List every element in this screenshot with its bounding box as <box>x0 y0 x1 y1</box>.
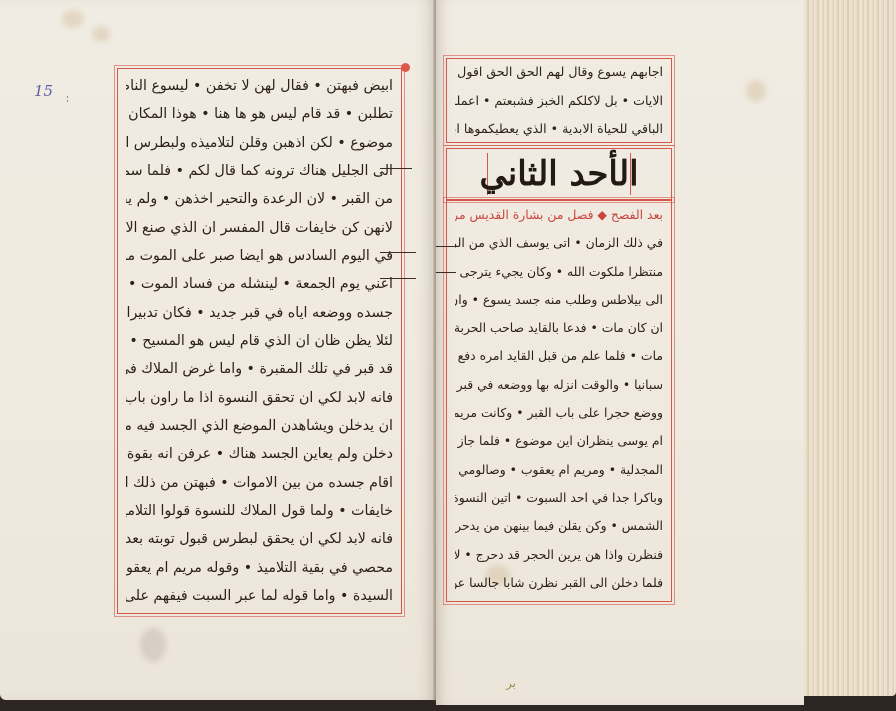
text-line: ابيض فبهتن • فقال لهن لا تخفن • ليسوع ال… <box>126 73 393 99</box>
section-title-box: الأحد الثاني <box>446 148 672 200</box>
text-line: ووضع حجرا على باب القبر • وكانت مريم الم… <box>455 401 663 425</box>
text-line: الشمس • وكن يقلن فيما بينهن من يدحرج لنا… <box>455 514 663 538</box>
right-main-text-lines: بعد الفصح ◆ فصل من بشارة القديس مرقص الا… <box>455 203 663 595</box>
page-edges-fore-edge <box>804 0 896 696</box>
right-top-text-lines: اجابهم يسوع وقال لهم الحق الحق اقول لكم … <box>455 61 663 140</box>
open-manuscript: 15 ·· ابيض فبهتن • فقال لهن لا تخفن • لي… <box>0 0 896 711</box>
text-line: جسده ووضعه اياه في قبر جديد • فكان تدبير… <box>126 300 393 326</box>
text-line: الباقي للحياة الابدية • الذي يعطيكموها ا… <box>455 118 663 140</box>
rubric-heading: بعد الفصح ◆ فصل من بشارة القديس مرقص الا… <box>455 203 663 227</box>
text-line: تطلبن • قد قام ليس هو ها هنا • هوذا المك… <box>126 101 393 127</box>
text-line: اجابهم يسوع وقال لهم الحق الحق اقول لكم … <box>455 61 663 83</box>
catchword: بر <box>506 676 516 690</box>
left-text-block: ابيض فبهتن • فقال لهن لا تخفن • ليسوع ال… <box>117 68 402 614</box>
text-line: قد قبر في تلك المقبرة • واما غرض الملاك … <box>126 356 393 382</box>
text-line: دخلن ولم يعاين الجسد هناك • عرفن انه بقو… <box>126 441 393 467</box>
margin-stroke <box>436 272 456 273</box>
text-line: ام يوسى ينظران اين موضوع • فلما جاز السب… <box>455 429 663 453</box>
text-line: فانه لابد لكي ان يحقق لبطرس قبول توبته ب… <box>126 526 393 552</box>
text-line: موضوع • لكن اذهبن وقلن لتلاميذه ولبطرس ا… <box>126 130 393 156</box>
stain <box>140 628 166 662</box>
section-title: الأحد الثاني <box>447 149 671 199</box>
corner-ornament <box>401 63 410 72</box>
margin-stroke <box>380 278 416 279</box>
text-line: في اليوم السادس هو ايضا صبر على الموت من… <box>126 243 393 269</box>
text-line: في ذلك الزمان • اتى يوسف الذي من الرامة … <box>455 231 663 255</box>
folio-dots: ·· <box>66 96 69 104</box>
left-page: 15 ·· ابيض فبهتن • فقال لهن لا تخفن • لي… <box>0 0 436 700</box>
folio-number: 15 <box>34 82 53 100</box>
text-line: فنظرن واذا هن يرين الحجر قد دحرج • لانه … <box>455 543 663 567</box>
stain <box>62 10 84 28</box>
right-main-text-block: بعد الفصح ◆ فصل من بشارة القديس مرقص الا… <box>446 200 672 602</box>
text-line: فانه لابد لكي ان تحقق النسوة اذا ما راون… <box>126 385 393 411</box>
text-line: فلما دخلن الى القبر نظرن شابا جالسا عن ا… <box>455 571 663 595</box>
text-line: مات • فلما علم من قبل القايد امره دفع ال… <box>455 344 663 368</box>
text-line: لئلا يظن ظان ان الذي قام ليس هو المسيح •… <box>126 328 393 354</box>
text-line: منتظرا ملكوت الله • وكان يجيء يترجى ملكو… <box>455 260 663 284</box>
stain <box>746 80 766 102</box>
text-line: الى بيلاطس وطلب منه جسد يسوع • وان بيلاط… <box>455 288 663 312</box>
text-line: وباكرا جدا في احد السبوت • اتين النسوة ا… <box>455 486 663 510</box>
margin-stroke <box>380 168 412 169</box>
text-line: خايفات • ولما قول الملاك للنسوة قولوا ال… <box>126 498 393 524</box>
left-text-lines: ابيض فبهتن • فقال لهن لا تخفن • ليسوع ال… <box>126 73 393 609</box>
margin-stroke <box>436 246 456 247</box>
text-line: محصي في بقية التلاميذ • وقوله مريم ام يع… <box>126 555 393 581</box>
text-line: المجدلية • ومريم ام يعقوب • وصالومي • عط… <box>455 458 663 482</box>
text-line: ان يدخلن ويشاهدن الموضع الذي الجسد فيه م… <box>126 413 393 439</box>
text-line: لانهن كن خايفات قال المفسر ان الذي صنع ا… <box>126 215 393 241</box>
text-line: سبانيا • والوقت انزله بها ووضعه في قبر م… <box>455 373 663 397</box>
text-line: اقام جسده من بين الاموات • فبهتن من ذلك … <box>126 470 393 496</box>
text-line: الى الجليل هناك ترونه كما قال لكم • فلما… <box>126 158 393 184</box>
text-line: اعني يوم الجمعة • لينشله من فساد الموت •… <box>126 271 393 297</box>
text-line: من القبر • لان الرعدة والتحير اخذهن • ول… <box>126 186 393 212</box>
text-line: السيدة • واما قوله لما عبر السبت فيفهم ع… <box>126 583 393 609</box>
right-top-text-block: اجابهم يسوع وقال لهم الحق الحق اقول لكم … <box>446 58 672 143</box>
text-line: الايات • بل لاكلكم الخبز فشبعتم • اعملوا… <box>455 90 663 112</box>
stain <box>92 26 110 42</box>
margin-stroke <box>380 252 416 253</box>
text-line: ان كان مات • فدعا بالقايد صاحب الحربة وس… <box>455 316 663 340</box>
